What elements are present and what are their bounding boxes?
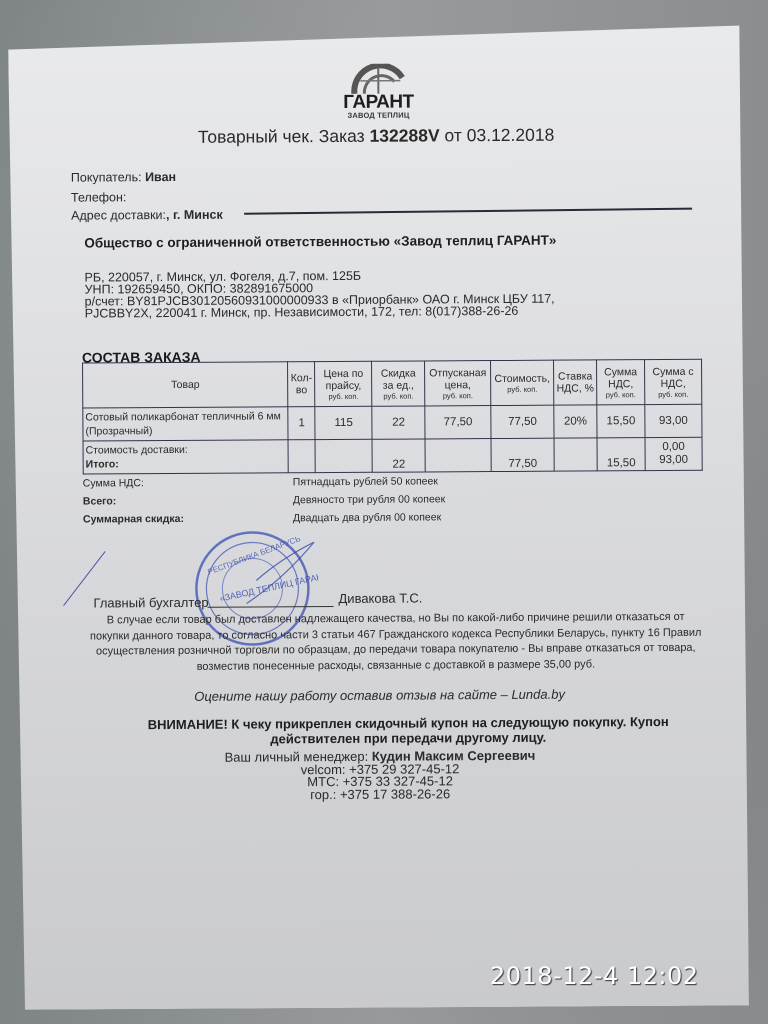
cell-vat-rate: 20% (554, 405, 597, 438)
address-label: Адрес доставки: (71, 208, 166, 223)
cell-qty: 1 (288, 407, 315, 440)
delivery-label: Стоимость доставки: (86, 442, 286, 457)
customer-value: Иван (145, 170, 176, 184)
requisite-line: PJCBBY2X, 220041 г. Минск, пр. Независим… (85, 304, 645, 319)
company-name: Общество с ограниченной ответственностью… (84, 233, 556, 251)
col-total-vat: Сумма с НДС,руб. коп. (645, 359, 702, 404)
customer-label: Покупатель: (71, 170, 142, 184)
address-value: , г. Минск (166, 208, 223, 222)
col-sale-price: Отпусканая цена,руб. коп. (425, 361, 491, 406)
col-vat-sum: Сумма НДС,руб. коп. (597, 360, 645, 405)
title-date: от 03.12.2018 (444, 125, 554, 146)
order-number: 132288V (369, 125, 439, 145)
summary-discount-words: Двадцать два рубля 00 копеек (293, 511, 441, 524)
cell-delivery-and-total: 0,00 93,00 (645, 437, 702, 470)
header-divider (244, 208, 692, 215)
camera-timestamp: 2018-12-4 12:02 (490, 962, 699, 990)
company-logo: ГАРАНТ ЗАВОД ТЕПЛИЦ (340, 64, 416, 128)
receipt-title: Товарный чек. Заказ 132288V от 03.12.201… (9, 124, 744, 149)
summary-all-label: Всего: (83, 495, 116, 507)
col-price: Цена по прайсу,руб. коп. (315, 361, 372, 406)
order-table: Товар Кол-во Цена по прайсу,руб. коп. Ск… (82, 359, 703, 475)
manager-block: Ваш личный менеджер: Кудин Максим Сергее… (12, 748, 747, 802)
cell-vat-sum: 15,50 (597, 405, 645, 438)
logo-brand: ГАРАНТ (340, 94, 416, 112)
summary-all-words: Девяносто три рубля 00 копеек (293, 493, 445, 506)
phone-label: Телефон: (71, 190, 126, 204)
company-requisites: РБ, 220057, г. Минск, ул. Фогеля, д.7, п… (84, 268, 644, 319)
col-qty: Кол-во (288, 362, 315, 407)
total-discount: 22 (372, 439, 425, 472)
cell-cost: 77,50 (491, 405, 554, 438)
cell-delivery-total: Стоимость доставки: Итого: (83, 440, 289, 474)
customer-line: Покупатель: Иван (71, 170, 176, 185)
cell-sale-price: 77,50 (425, 406, 491, 439)
delivery-value: 0,00 (648, 441, 700, 454)
address-line: Адрес доставки:, г. Минск (71, 208, 223, 223)
summary-discount-label: Суммарная скидка: (83, 513, 184, 526)
col-product: Товар (83, 362, 289, 408)
table-header-row: Товар Кол-во Цена по прайсу,руб. коп. Ск… (83, 359, 702, 408)
col-vat-rate: Ставка НДС, % (554, 360, 597, 405)
summary-vat-words: Пятнадцать рублей 50 копеек (293, 475, 438, 488)
cell-price: 115 (315, 406, 372, 439)
summary-vat-label: Сумма НДС: (83, 477, 144, 489)
table-row: Сотовый поликарбонат тепличный 6 мм (Про… (83, 404, 702, 441)
accountant-role: Главный бухгалтер (93, 595, 208, 611)
accountant-name: Дивакова Т.С. (338, 590, 422, 606)
cell-product: Сотовый поликарбонат тепличный 6 мм (Про… (83, 407, 289, 441)
title-prefix: Товарный чек. Заказ (198, 126, 365, 147)
receipt-paper: ГАРАНТ ЗАВОД ТЕПЛИЦ Товарный чек. Заказ … (8, 26, 749, 1010)
total-cost: 77,50 (491, 438, 554, 471)
col-cost: Стоимость,руб. коп. (491, 360, 554, 405)
total-vat-sum: 15,50 (597, 438, 645, 471)
cell-total-vat: 93,00 (645, 404, 702, 437)
total-label: Итого: (86, 456, 286, 471)
col-discount: Скидка за ед.,руб. коп. (372, 361, 425, 406)
total-with-vat: 93,00 (648, 454, 700, 467)
return-notice: В случае если товар был доставлен надлеж… (88, 610, 704, 676)
phone-line: Телефон: (71, 190, 126, 204)
table-total-row: Стоимость доставки: Итого: 22 77,50 15,5… (83, 437, 702, 474)
cell-discount: 22 (372, 406, 425, 439)
greenhouse-arc-icon (348, 64, 408, 94)
coupon-attention: ВНИМАНИЕ! К чеку прикреплен скидочный ку… (110, 714, 706, 748)
logo-subtitle: ЗАВОД ТЕПЛИЦ (341, 112, 417, 120)
review-invitation: Оцените нашу работу оставив отзыв на сай… (12, 685, 747, 704)
